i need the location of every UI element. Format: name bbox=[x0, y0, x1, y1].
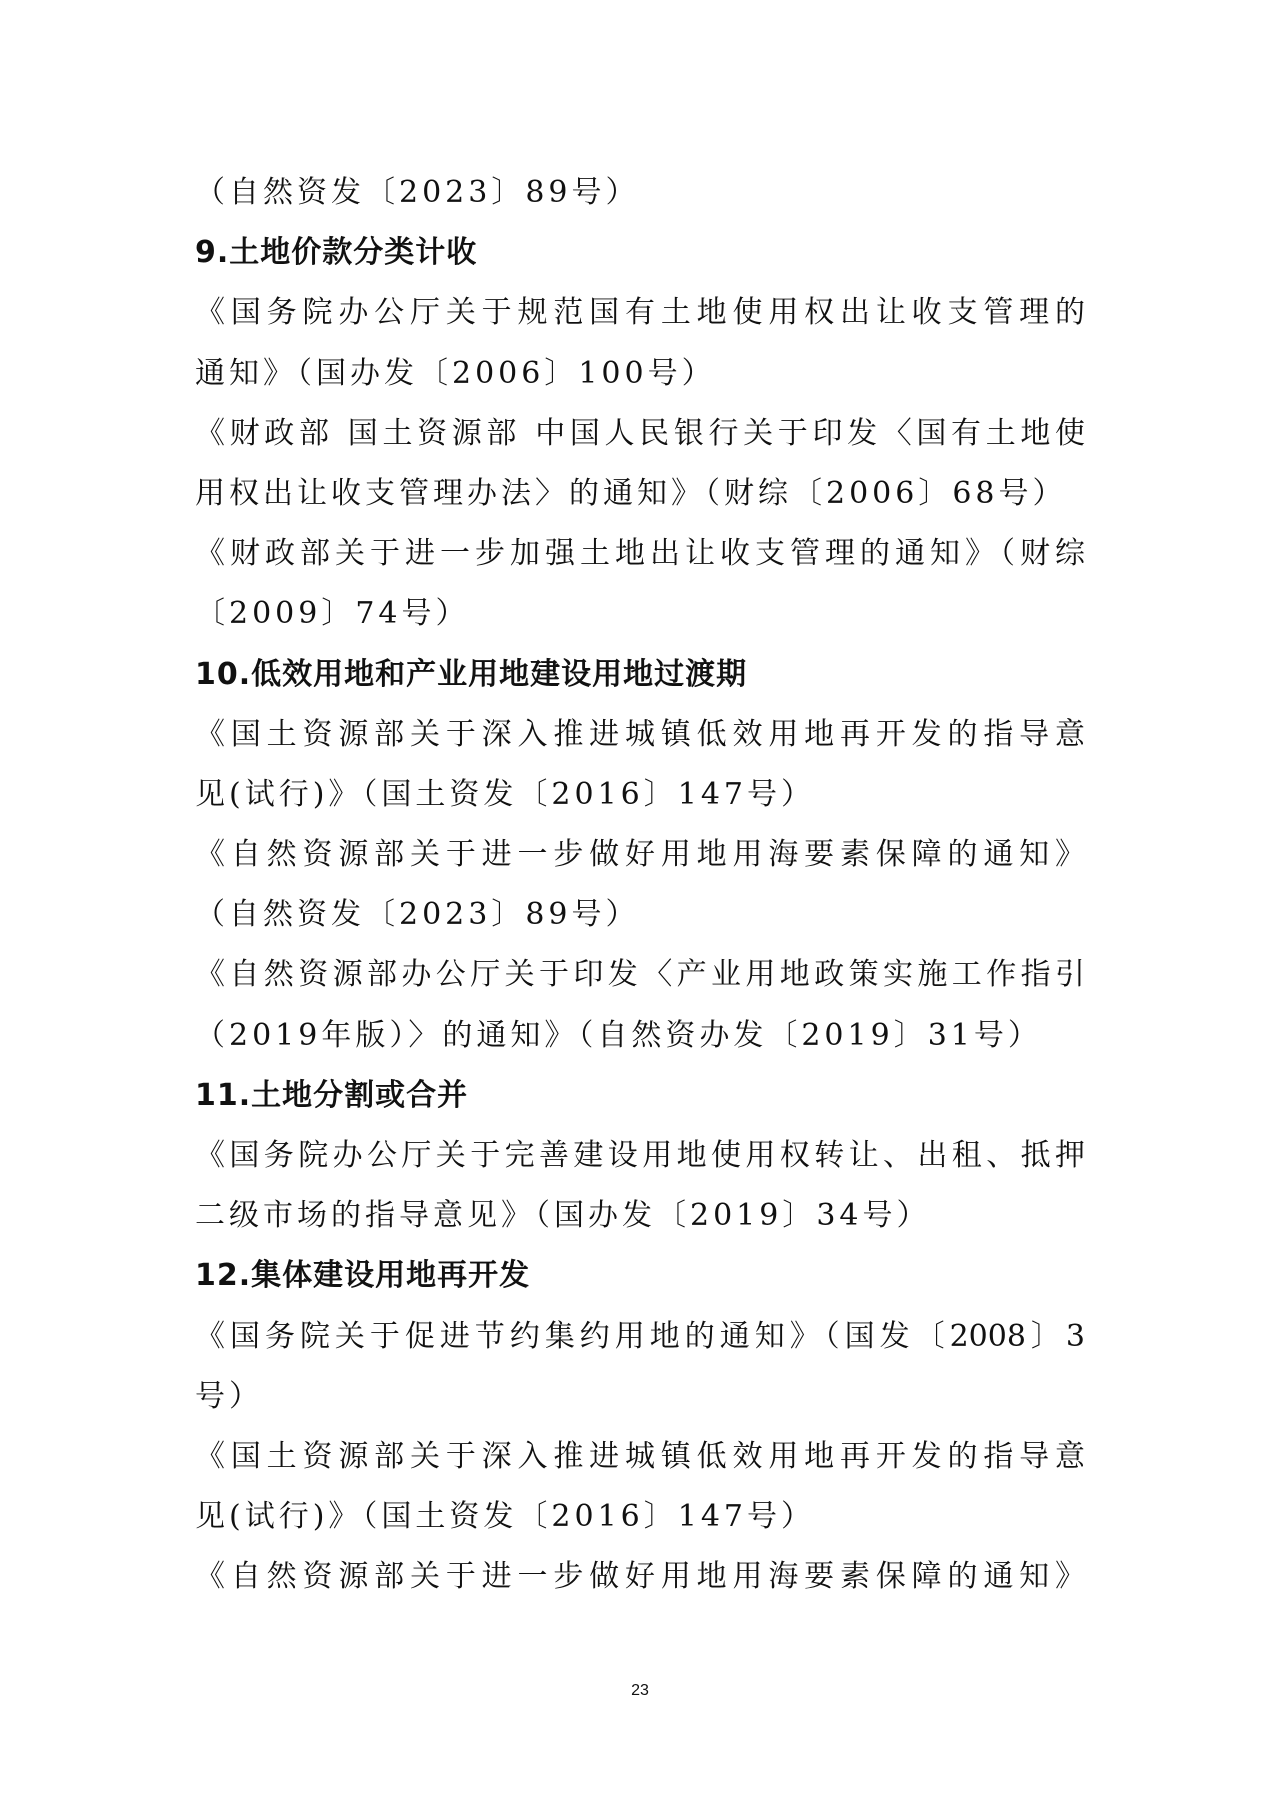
reference-line: 通知》（国办发〔2006〕100号） bbox=[195, 344, 1085, 404]
reference-line: 《自然资源部关于进一步做好用地用海要素保障的通知》 bbox=[195, 1547, 1085, 1607]
reference-line: 号） bbox=[195, 1367, 1085, 1427]
reference-line: （自然资发〔2023〕89号） bbox=[195, 163, 1085, 223]
document-page: （自然资发〔2023〕89号） 9.土地价款分类计收 《国务院办公厅关于规范国有… bbox=[0, 0, 1280, 1810]
reference-line: 《自然资源部办公厅关于印发〈产业用地政策实施工作指引 bbox=[195, 945, 1085, 1005]
reference-line: （自然资发〔2023〕89号） bbox=[195, 885, 1085, 945]
reference-line: 《国务院办公厅关于完善建设用地使用权转让、出租、抵押 bbox=[195, 1126, 1085, 1186]
reference-line: 用权出让收支管理办法〉的通知》（财综〔2006〕68号） bbox=[195, 464, 1085, 524]
reference-line: 《国土资源部关于深入推进城镇低效用地再开发的指导意 bbox=[195, 1427, 1085, 1487]
reference-line: 见(试行)》（国土资发〔2016〕147号） bbox=[195, 1487, 1085, 1547]
reference-line: （2019年版）〉的通知》（自然资办发〔2019〕31号） bbox=[195, 1006, 1085, 1066]
document-body: （自然资发〔2023〕89号） 9.土地价款分类计收 《国务院办公厅关于规范国有… bbox=[195, 163, 1085, 1608]
section-heading-9: 9.土地价款分类计收 bbox=[195, 223, 1085, 283]
reference-line: 《国务院关于促进节约集约用地的通知》（国发〔2008〕3 bbox=[195, 1307, 1085, 1367]
reference-line: 《国土资源部关于深入推进城镇低效用地再开发的指导意 bbox=[195, 705, 1085, 765]
page-number: 23 bbox=[0, 1682, 1280, 1700]
reference-line: 《国务院办公厅关于规范国有土地使用权出让收支管理的 bbox=[195, 283, 1085, 343]
reference-line: 《财政部 国土资源部 中国人民银行关于印发〈国有土地使 bbox=[195, 404, 1085, 464]
section-heading-10: 10.低效用地和产业用地建设用地过渡期 bbox=[195, 645, 1085, 705]
reference-line: 二级市场的指导意见》（国办发〔2019〕34号） bbox=[195, 1186, 1085, 1246]
section-heading-11: 11.土地分割或合并 bbox=[195, 1066, 1085, 1126]
section-heading-12: 12.集体建设用地再开发 bbox=[195, 1246, 1085, 1306]
reference-line: 《自然资源部关于进一步做好用地用海要素保障的通知》 bbox=[195, 825, 1085, 885]
reference-line: 《财政部关于进一步加强土地出让收支管理的通知》（财综 bbox=[195, 524, 1085, 584]
reference-line: 见(试行)》（国土资发〔2016〕147号） bbox=[195, 765, 1085, 825]
reference-line: 〔2009〕74号） bbox=[195, 584, 1085, 644]
